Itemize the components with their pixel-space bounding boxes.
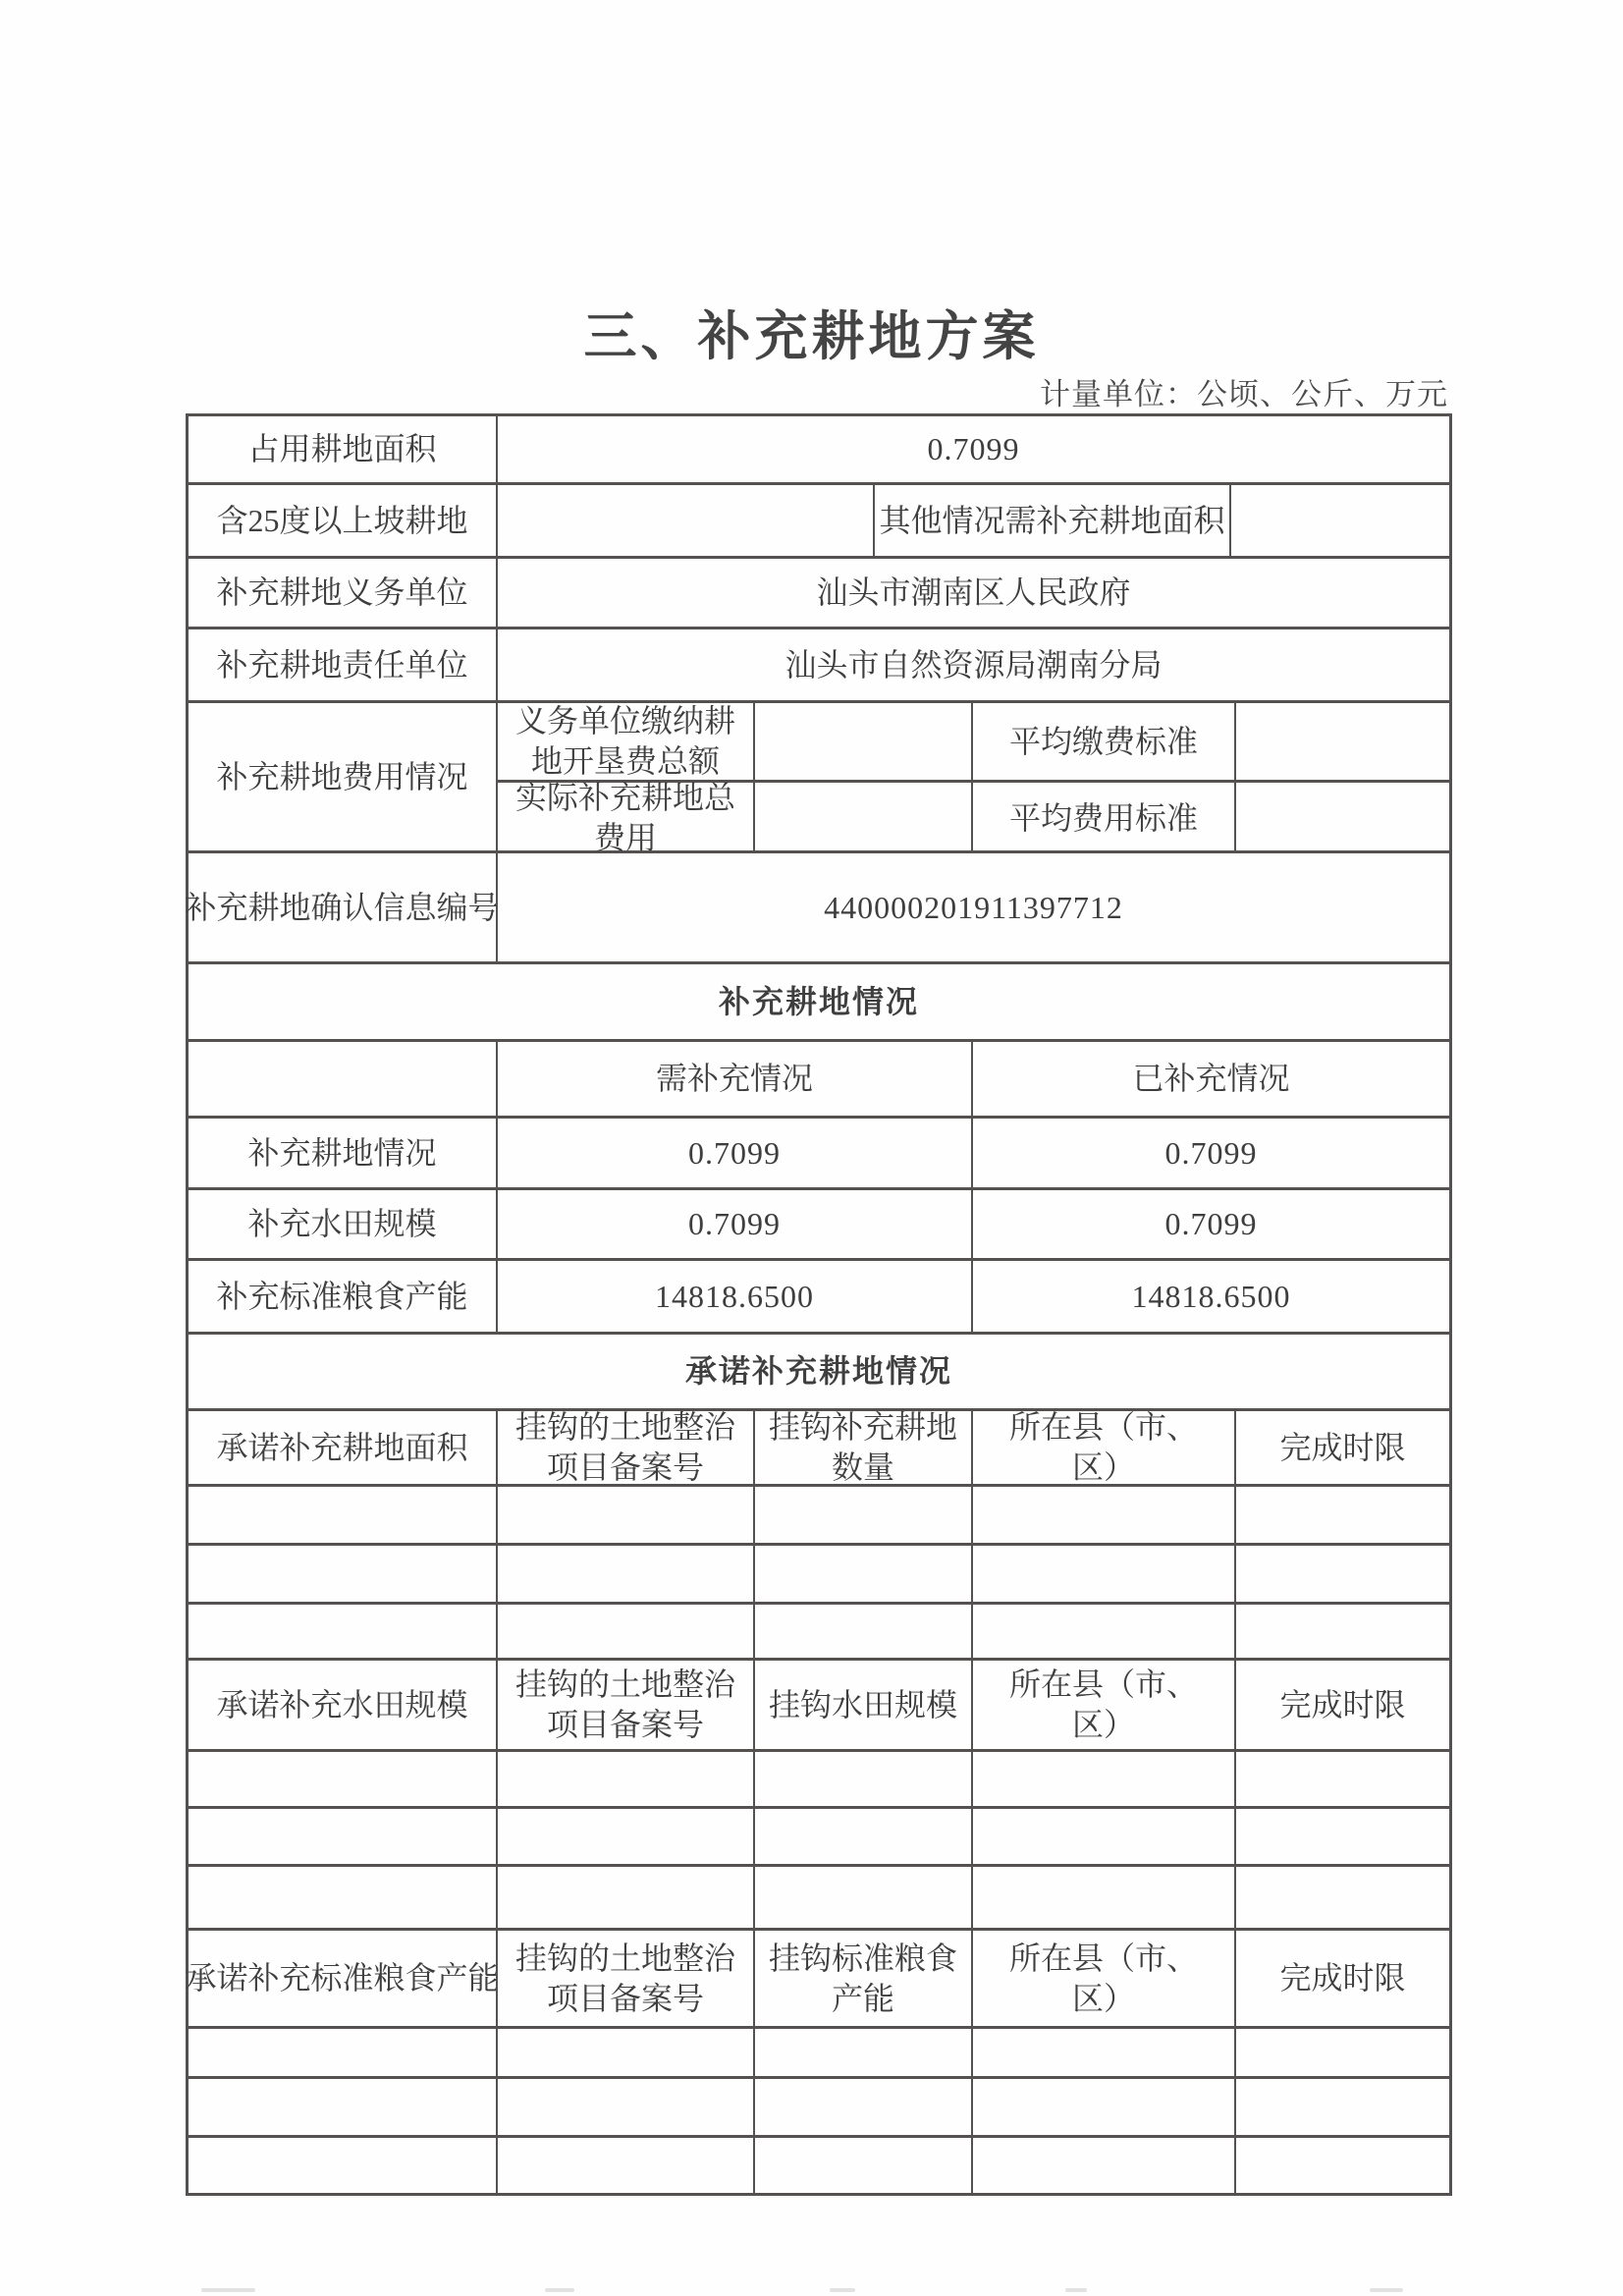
promise-paddy-c1: 承诺补充水田规模 <box>189 1661 496 1749</box>
empty-cell <box>971 2079 1234 2135</box>
scan-artifact-mark <box>830 2288 855 2292</box>
promise-paddy-c5: 完成时限 <box>1234 1661 1449 1749</box>
row-responsible-unit: 补充耕地责任单位 汕头市自然资源局潮南分局 <box>189 627 1449 700</box>
promise-capacity-c4: 所在县（市、区） <box>971 1931 1234 2026</box>
empty-cell <box>753 1487 971 1543</box>
row-occupied-area: 占用耕地面积 0.7099 <box>189 416 1449 482</box>
promise-area-c3: 挂钩补充耕地数量 <box>753 1411 971 1484</box>
row-promise-capacity-empty-3 <box>189 2135 1449 2193</box>
empty-cell <box>189 1546 496 1602</box>
empty-cell <box>753 1867 971 1928</box>
fee-reclaim-row: 义务单位缴纳耕地开垦费总额 平均缴费标准 <box>496 703 1449 780</box>
row-promise-capacity-empty-2 <box>189 2076 1449 2135</box>
row-promise-capacity-empty-1 <box>189 2026 1449 2076</box>
situation-paddy-done: 0.7099 <box>971 1190 1449 1258</box>
fee-actual-avg-value <box>1234 783 1449 853</box>
row-promise-paddy-empty-3 <box>189 1864 1449 1928</box>
fee-label: 补充耕地费用情况 <box>189 703 496 850</box>
situation-area-label: 补充耕地情况 <box>189 1119 496 1187</box>
row-situation-colheads: 需补充情况 已补充情况 <box>189 1039 1449 1116</box>
situation-need-header: 需补充情况 <box>496 1042 971 1116</box>
occupied-area-value: 0.7099 <box>496 416 1449 482</box>
empty-cell <box>753 1752 971 1806</box>
empty-cell <box>189 1752 496 1806</box>
promise-paddy-c3: 挂钩水田规模 <box>753 1661 971 1749</box>
promise-area-c5: 完成时限 <box>1234 1411 1449 1484</box>
slope-label: 含25度以上坡耕地 <box>189 485 496 556</box>
measurement-unit-note: 计量单位：公顷、公斤、万元 <box>1040 369 1448 413</box>
promise-capacity-c2: 挂钩的土地整治项目备案号 <box>496 1931 753 2026</box>
situation-header: 补充耕地情况 <box>189 964 1449 1039</box>
empty-cell <box>496 1809 753 1864</box>
situation-colhead-blank <box>189 1042 496 1116</box>
scan-artifact-mark <box>1370 2288 1403 2292</box>
situation-done-header: 已补充情况 <box>971 1042 1449 1116</box>
empty-cell <box>189 2029 496 2076</box>
promise-area-c2: 挂钩的土地整治项目备案号 <box>496 1411 753 1484</box>
promise-paddy-c4: 所在县（市、区） <box>971 1661 1234 1749</box>
fee-actual-avg-label: 平均费用标准 <box>971 783 1234 853</box>
row-promise-header: 承诺补充耕地情况 <box>189 1332 1449 1408</box>
empty-cell <box>1234 2079 1449 2135</box>
promise-capacity-c1: 承诺补充标准粮食产能 <box>189 1931 496 2026</box>
row-situation-paddy: 补充水田规模 0.7099 0.7099 <box>189 1187 1449 1258</box>
situation-area-done: 0.7099 <box>971 1119 1449 1187</box>
scan-artifact-mark <box>545 2288 574 2292</box>
empty-cell <box>496 1605 753 1658</box>
empty-cell <box>1234 1605 1449 1658</box>
row-confirm-number: 补充耕地确认信息编号 440000201911397712 <box>189 850 1449 961</box>
slope-other-label: 其他情况需补充耕地面积 <box>873 485 1229 556</box>
responsible-unit-value: 汕头市自然资源局潮南分局 <box>496 629 1449 700</box>
row-promise-area-empty-3 <box>189 1602 1449 1658</box>
fee-actual-label: 实际补充耕地总费用 <box>496 783 753 853</box>
scan-artifact-mark <box>1065 2288 1087 2292</box>
empty-cell <box>753 2138 971 2193</box>
row-situation-header: 补充耕地情况 <box>189 961 1449 1039</box>
situation-capacity-label: 补充标准粮食产能 <box>189 1261 496 1332</box>
situation-paddy-label: 补充水田规模 <box>189 1190 496 1258</box>
occupied-area-label: 占用耕地面积 <box>189 416 496 482</box>
empty-cell <box>189 1867 496 1928</box>
empty-cell <box>496 1867 753 1928</box>
fee-reclaim-label: 义务单位缴纳耕地开垦费总额 <box>496 703 753 780</box>
obligation-unit-label: 补充耕地义务单位 <box>189 559 496 627</box>
obligation-unit-value: 汕头市潮南区人民政府 <box>496 559 1449 627</box>
empty-cell <box>1234 1809 1449 1864</box>
empty-cell <box>753 1809 971 1864</box>
scan-artifact-mark <box>201 2288 255 2292</box>
scanned-form-page: { "page": { "title": "三、补充耕地方案", "unit_n… <box>0 0 1623 2296</box>
promise-area-c4: 所在县（市、区） <box>971 1411 1234 1484</box>
empty-cell <box>189 1605 496 1658</box>
row-situation-capacity: 补充标准粮食产能 14818.6500 14818.6500 <box>189 1258 1449 1332</box>
empty-cell <box>496 2029 753 2076</box>
row-promise-area-empty-1 <box>189 1484 1449 1543</box>
empty-cell <box>971 1809 1234 1864</box>
promise-header: 承诺补充耕地情况 <box>189 1335 1449 1408</box>
empty-cell <box>1234 1546 1449 1602</box>
empty-cell <box>189 1487 496 1543</box>
fee-actual-row: 实际补充耕地总费用 平均费用标准 <box>496 780 1449 853</box>
fee-reclaim-avg-value <box>1234 703 1449 780</box>
empty-cell <box>496 2138 753 2193</box>
empty-cell <box>1234 1752 1449 1806</box>
empty-cell <box>753 2029 971 2076</box>
confirm-number-label: 补充耕地确认信息编号 <box>189 853 496 961</box>
empty-cell <box>496 1546 753 1602</box>
promise-capacity-c5: 完成时限 <box>1234 1931 1449 2026</box>
row-promise-paddy-heads: 承诺补充水田规模 挂钩的土地整治项目备案号 挂钩水田规模 所在县（市、区） 完成… <box>189 1658 1449 1749</box>
responsible-unit-label: 补充耕地责任单位 <box>189 629 496 700</box>
fee-reclaim-value <box>753 703 971 780</box>
empty-cell <box>189 2138 496 2193</box>
empty-cell <box>189 1809 496 1864</box>
empty-cell <box>496 2079 753 2135</box>
row-fee-info: 补充耕地费用情况 义务单位缴纳耕地开垦费总额 平均缴费标准 实际补充耕地总费用 … <box>189 700 1449 850</box>
row-slope-farmland: 含25度以上坡耕地 其他情况需补充耕地面积 <box>189 482 1449 556</box>
empty-cell <box>971 2138 1234 2193</box>
empty-cell <box>971 1867 1234 1928</box>
empty-cell <box>753 1546 971 1602</box>
empty-cell <box>1234 1867 1449 1928</box>
empty-cell <box>189 2079 496 2135</box>
empty-cell <box>971 2029 1234 2076</box>
empty-cell <box>1234 1487 1449 1543</box>
row-obligation-unit: 补充耕地义务单位 汕头市潮南区人民政府 <box>189 556 1449 627</box>
empty-cell <box>971 1752 1234 1806</box>
empty-cell <box>753 2079 971 2135</box>
confirm-number-value: 440000201911397712 <box>496 853 1449 961</box>
scan-bleedthrough-artifact <box>0 2288 1623 2294</box>
row-promise-paddy-empty-1 <box>189 1749 1449 1806</box>
fee-actual-value <box>753 783 971 853</box>
situation-paddy-need: 0.7099 <box>496 1190 971 1258</box>
empty-cell <box>753 1605 971 1658</box>
situation-capacity-need: 14818.6500 <box>496 1261 971 1332</box>
empty-cell <box>971 1605 1234 1658</box>
empty-cell <box>971 1487 1234 1543</box>
fee-subtable: 义务单位缴纳耕地开垦费总额 平均缴费标准 实际补充耕地总费用 平均费用标准 <box>496 703 1449 850</box>
situation-capacity-done: 14818.6500 <box>971 1261 1449 1332</box>
promise-area-c1: 承诺补充耕地面积 <box>189 1411 496 1484</box>
situation-area-need: 0.7099 <box>496 1119 971 1187</box>
row-situation-area: 补充耕地情况 0.7099 0.7099 <box>189 1116 1449 1187</box>
row-promise-capacity-heads: 承诺补充标准粮食产能 挂钩的土地整治项目备案号 挂钩标准粮食产能 所在县（市、区… <box>189 1928 1449 2026</box>
supplement-farmland-table: 占用耕地面积 0.7099 含25度以上坡耕地 其他情况需补充耕地面积 补充耕地… <box>186 413 1452 2196</box>
fee-reclaim-avg-label: 平均缴费标准 <box>971 703 1234 780</box>
row-promise-paddy-empty-2 <box>189 1806 1449 1864</box>
row-promise-area-empty-2 <box>189 1543 1449 1602</box>
promise-paddy-c2: 挂钩的土地整治项目备案号 <box>496 1661 753 1749</box>
page-title: 三、补充耕地方案 <box>0 295 1623 370</box>
slope-value <box>496 485 873 556</box>
empty-cell <box>1234 2029 1449 2076</box>
slope-other-value <box>1229 485 1449 556</box>
empty-cell <box>1234 2138 1449 2193</box>
row-promise-area-heads: 承诺补充耕地面积 挂钩的土地整治项目备案号 挂钩补充耕地数量 所在县（市、区） … <box>189 1408 1449 1484</box>
empty-cell <box>496 1487 753 1543</box>
empty-cell <box>496 1752 753 1806</box>
empty-cell <box>971 1546 1234 1602</box>
promise-capacity-c3: 挂钩标准粮食产能 <box>753 1931 971 2026</box>
